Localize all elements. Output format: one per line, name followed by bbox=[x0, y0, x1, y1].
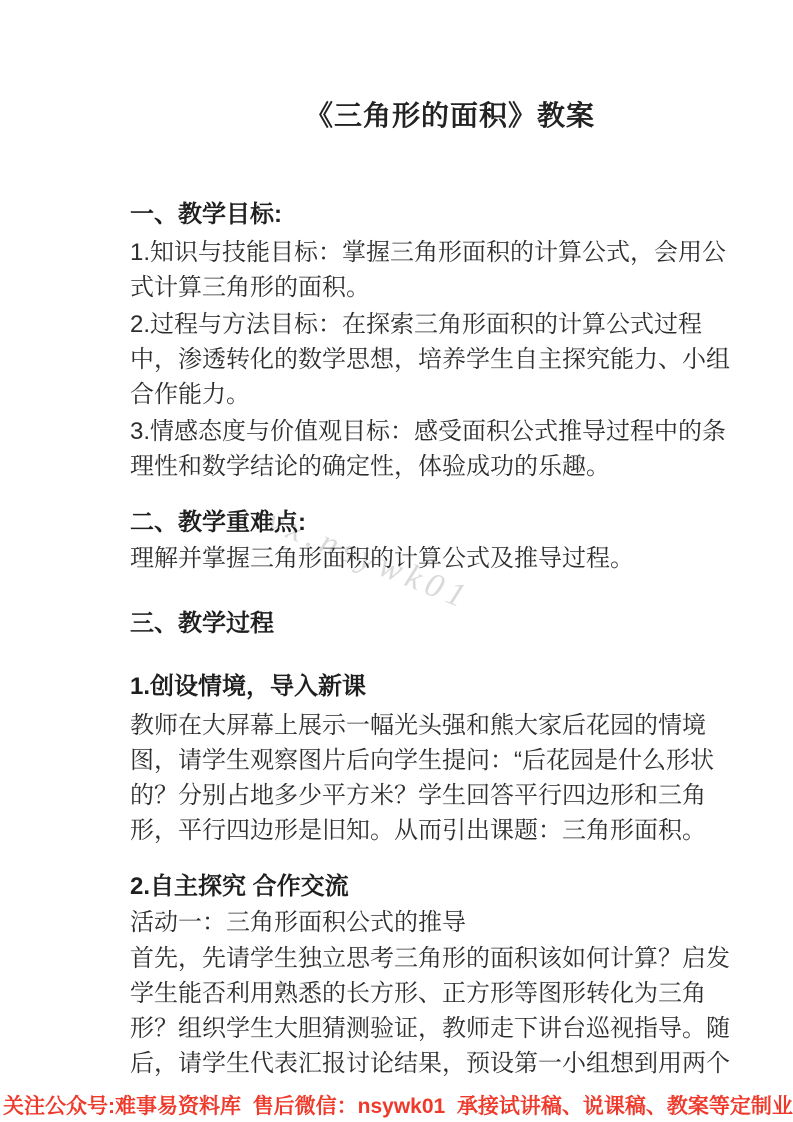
paragraph-objective-2: 2.过程与方法目标：在探索三角形面积的计算公式过程 中，渗透转化的数学思想，培养… bbox=[130, 307, 770, 412]
doc-line: 2.过程与方法目标：在探索三角形面积的计算公式过程 bbox=[130, 307, 770, 342]
paragraph-activity-title: 活动一：三角形面积公式的推导 bbox=[130, 905, 770, 940]
section-heading-process: 三、教学过程 bbox=[130, 606, 770, 641]
doc-line: 形？组织学生大胆猜测验证，教师走下讲台巡视指导。随 bbox=[130, 1011, 770, 1046]
section-heading-key-points: 二、教学重难点: bbox=[130, 505, 770, 540]
doc-line: 1.知识与技能目标：掌握三角形面积的计算公式，会用公 bbox=[130, 235, 770, 270]
subsection-heading-intro: 1.创设情境，导入新课 bbox=[130, 669, 770, 704]
paragraph-key-points: 理解并掌握三角形面积的计算公式及推导过程。 bbox=[130, 541, 770, 576]
promo-footer-text: 关注公众号:难事易资料库 售后微信：nsywk01 承接试讲稿、说课稿、教案等定… bbox=[0, 1093, 793, 1122]
doc-line: 式计算三角形的面积。 bbox=[130, 270, 770, 305]
paragraph-intro: 教师在大屏幕上展示一幅光头强和熊大家后花园的情境 图，请学生观察图片后向学生提问… bbox=[130, 708, 770, 848]
paragraph-objective-1: 1.知识与技能目标：掌握三角形面积的计算公式，会用公 式计算三角形的面积。 bbox=[130, 235, 770, 305]
doc-line: 后，请学生代表汇报讨论结果，预设第一小组想到用两个 bbox=[130, 1046, 770, 1081]
doc-line: 学生能否利用熟悉的长方形、正方形等图形转化为三角 bbox=[130, 976, 770, 1011]
document-page: 《三角形的面积》教案 一、教学目标: 1.知识与技能目标：掌握三角形面积的计算公… bbox=[130, 0, 770, 1081]
doc-line: 3.情感态度与价值观目标：感受面积公式推导过程中的条 bbox=[130, 414, 770, 449]
doc-line: 合作能力。 bbox=[130, 377, 770, 412]
document-title: 《三角形的面积》教案 bbox=[130, 97, 770, 135]
doc-line: 图，请学生观察图片后向学生提问：“后花园是什么形状 bbox=[130, 743, 770, 778]
doc-line: 首先，先请学生独立思考三角形的面积该如何计算？启发 bbox=[130, 941, 770, 976]
doc-line: 理解并掌握三角形面积的计算公式及推导过程。 bbox=[130, 541, 770, 576]
paragraph-objective-3: 3.情感态度与价值观目标：感受面积公式推导过程中的条 理性和数学结论的确定性，体… bbox=[130, 414, 770, 484]
doc-line: 教师在大屏幕上展示一幅光头强和熊大家后花园的情境 bbox=[130, 708, 770, 743]
section-heading-objectives: 一、教学目标: bbox=[130, 197, 770, 232]
doc-line: 中，渗透转化的数学思想，培养学生自主探究能力、小组 bbox=[130, 342, 770, 377]
doc-line: 形，平行四边形是旧知。从而引出课题：三角形面积。 bbox=[130, 813, 770, 848]
doc-line: 活动一：三角形面积公式的推导 bbox=[130, 905, 770, 940]
paragraph-activity-body: 首先，先请学生独立思考三角形的面积该如何计算？启发 学生能否利用熟悉的长方形、正… bbox=[130, 941, 770, 1081]
subsection-heading-explore: 2.自主探究 合作交流 bbox=[130, 869, 770, 904]
doc-line: 理性和数学结论的确定性，体验成功的乐趣。 bbox=[130, 449, 770, 484]
doc-line: 的？分别占地多少平方米？学生回答平行四边形和三角 bbox=[130, 778, 770, 813]
document-viewport: vx.nsywk01 《三角形的面积》教案 一、教学目标: 1.知识与技能目标：… bbox=[0, 0, 793, 1122]
